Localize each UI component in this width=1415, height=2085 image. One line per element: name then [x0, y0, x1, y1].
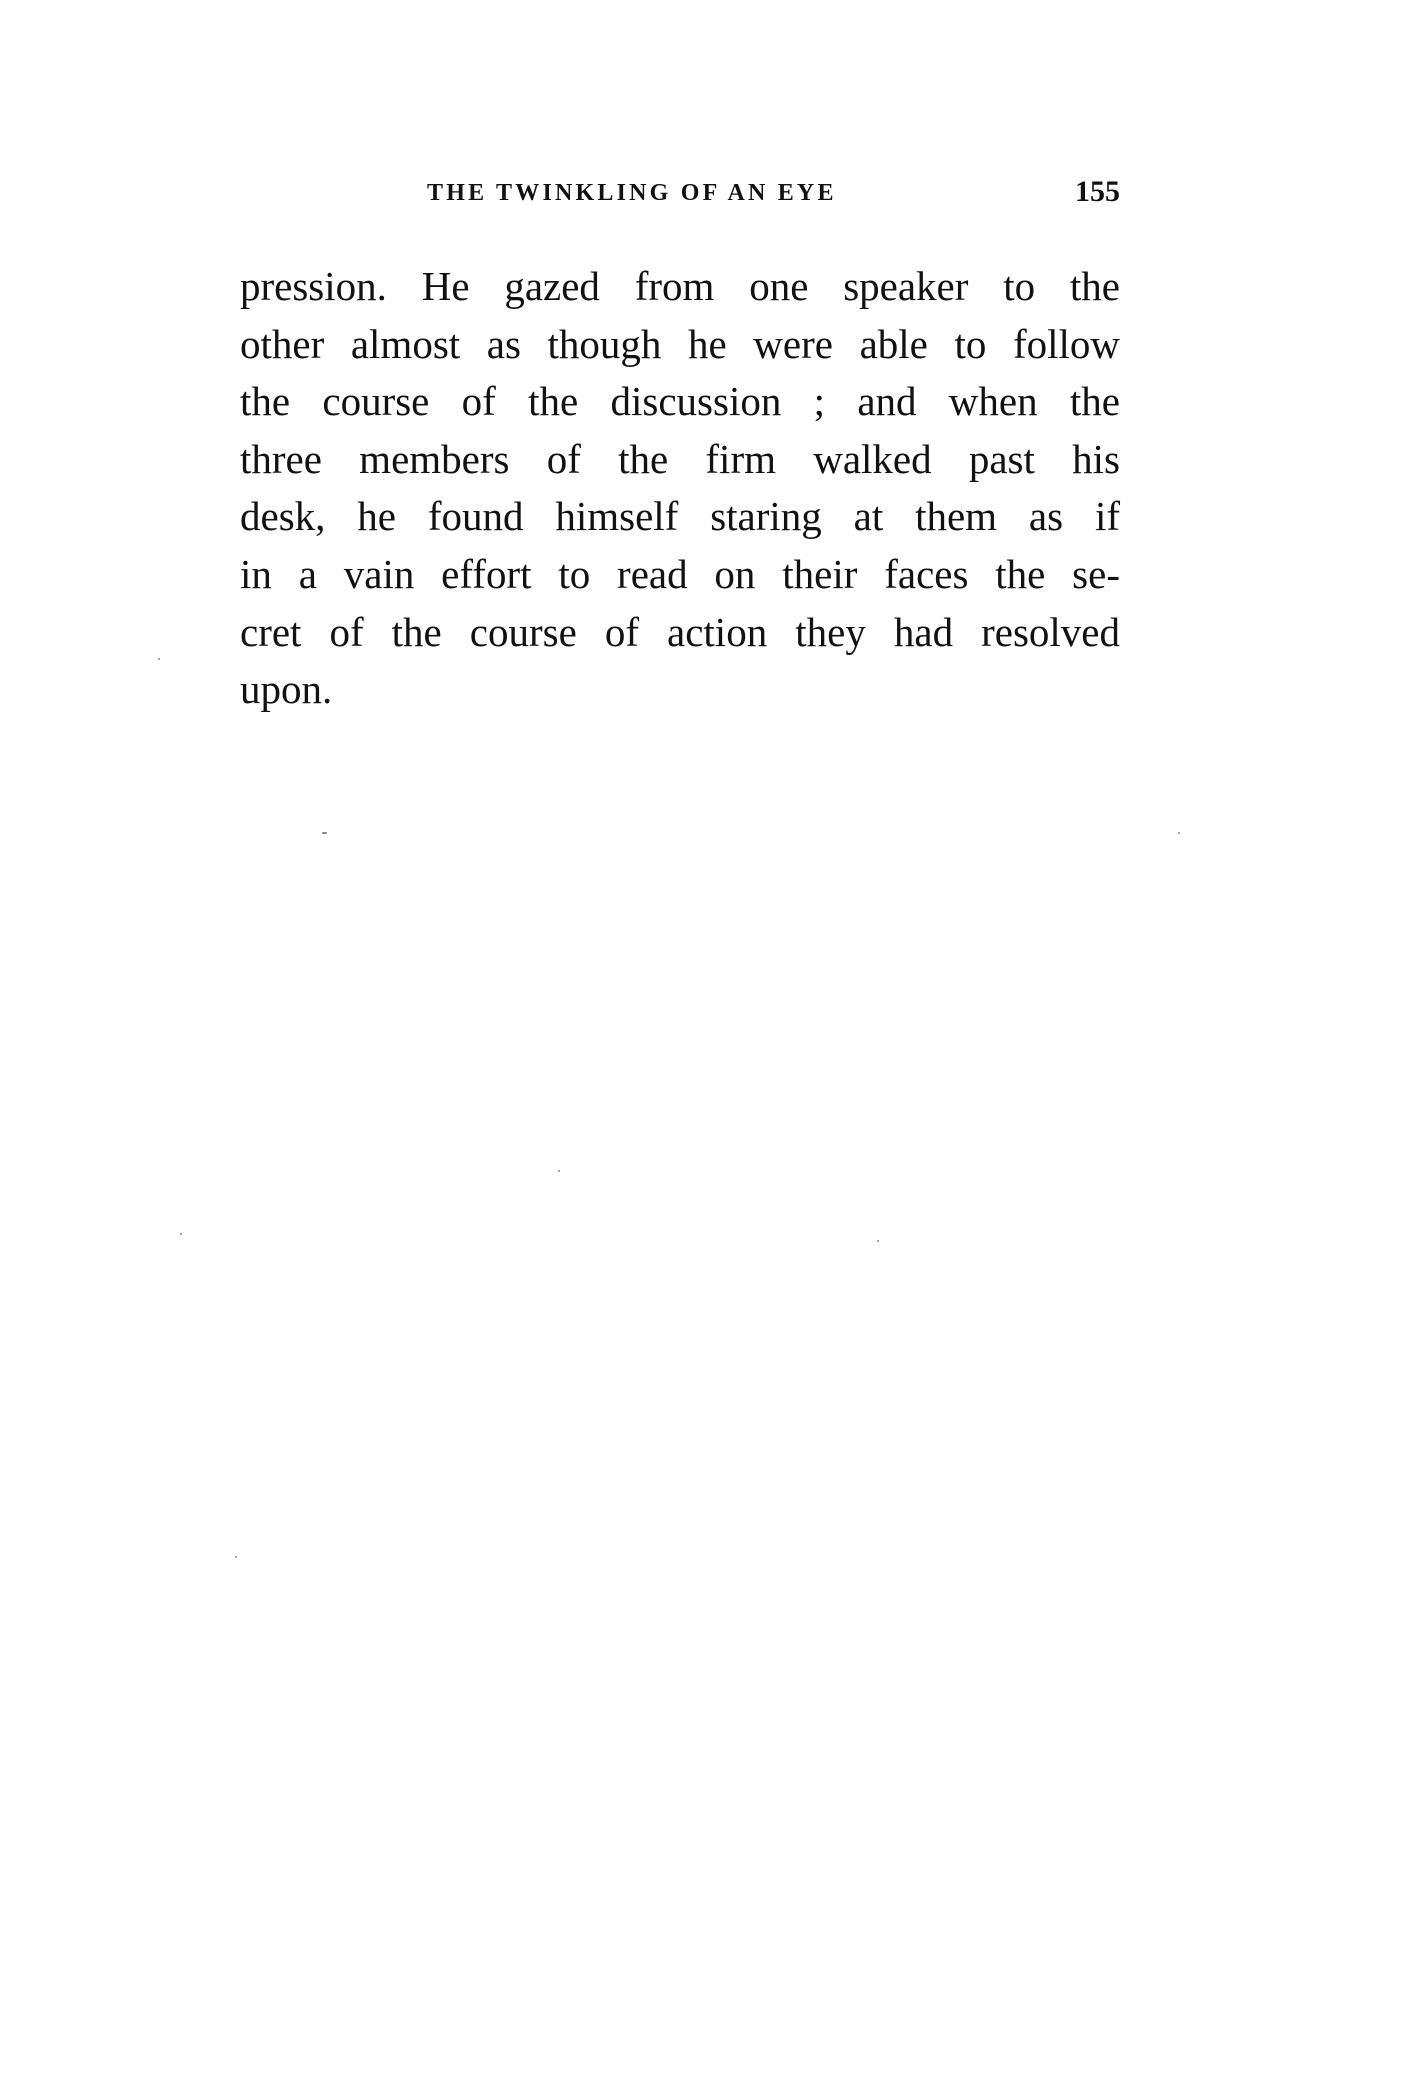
text-line: in a vain effort to read on their faces … [240, 546, 1120, 604]
body-paragraph: pression. He gazed from one speaker to t… [240, 258, 1120, 719]
running-head: THE TWINKLING OF AN EYE 155 [240, 176, 1120, 210]
text-line: desk, he found himself staring at them a… [240, 488, 1120, 546]
text-line: the course of the discussion ; and when … [240, 373, 1120, 431]
scan-speck [180, 1233, 182, 1235]
text-line: upon. [240, 661, 1120, 719]
book-page: THE TWINKLING OF AN EYE 155 pression. He… [0, 0, 1415, 2085]
scan-speck [322, 832, 327, 834]
page-number: 155 [1075, 174, 1120, 210]
scan-speck [158, 658, 160, 660]
scan-speck [558, 1170, 560, 1172]
text-line: cret of the course of action they had re… [240, 604, 1120, 662]
scan-speck [1178, 832, 1180, 834]
scan-speck [877, 1240, 879, 1242]
scan-speck [235, 1556, 237, 1558]
text-line: three members of the firm walked past hi… [240, 431, 1120, 489]
text-line: other almost as though he were able to f… [240, 316, 1120, 374]
running-title: THE TWINKLING OF AN EYE [427, 176, 837, 210]
text-line: pression. He gazed from one speaker to t… [240, 258, 1120, 316]
